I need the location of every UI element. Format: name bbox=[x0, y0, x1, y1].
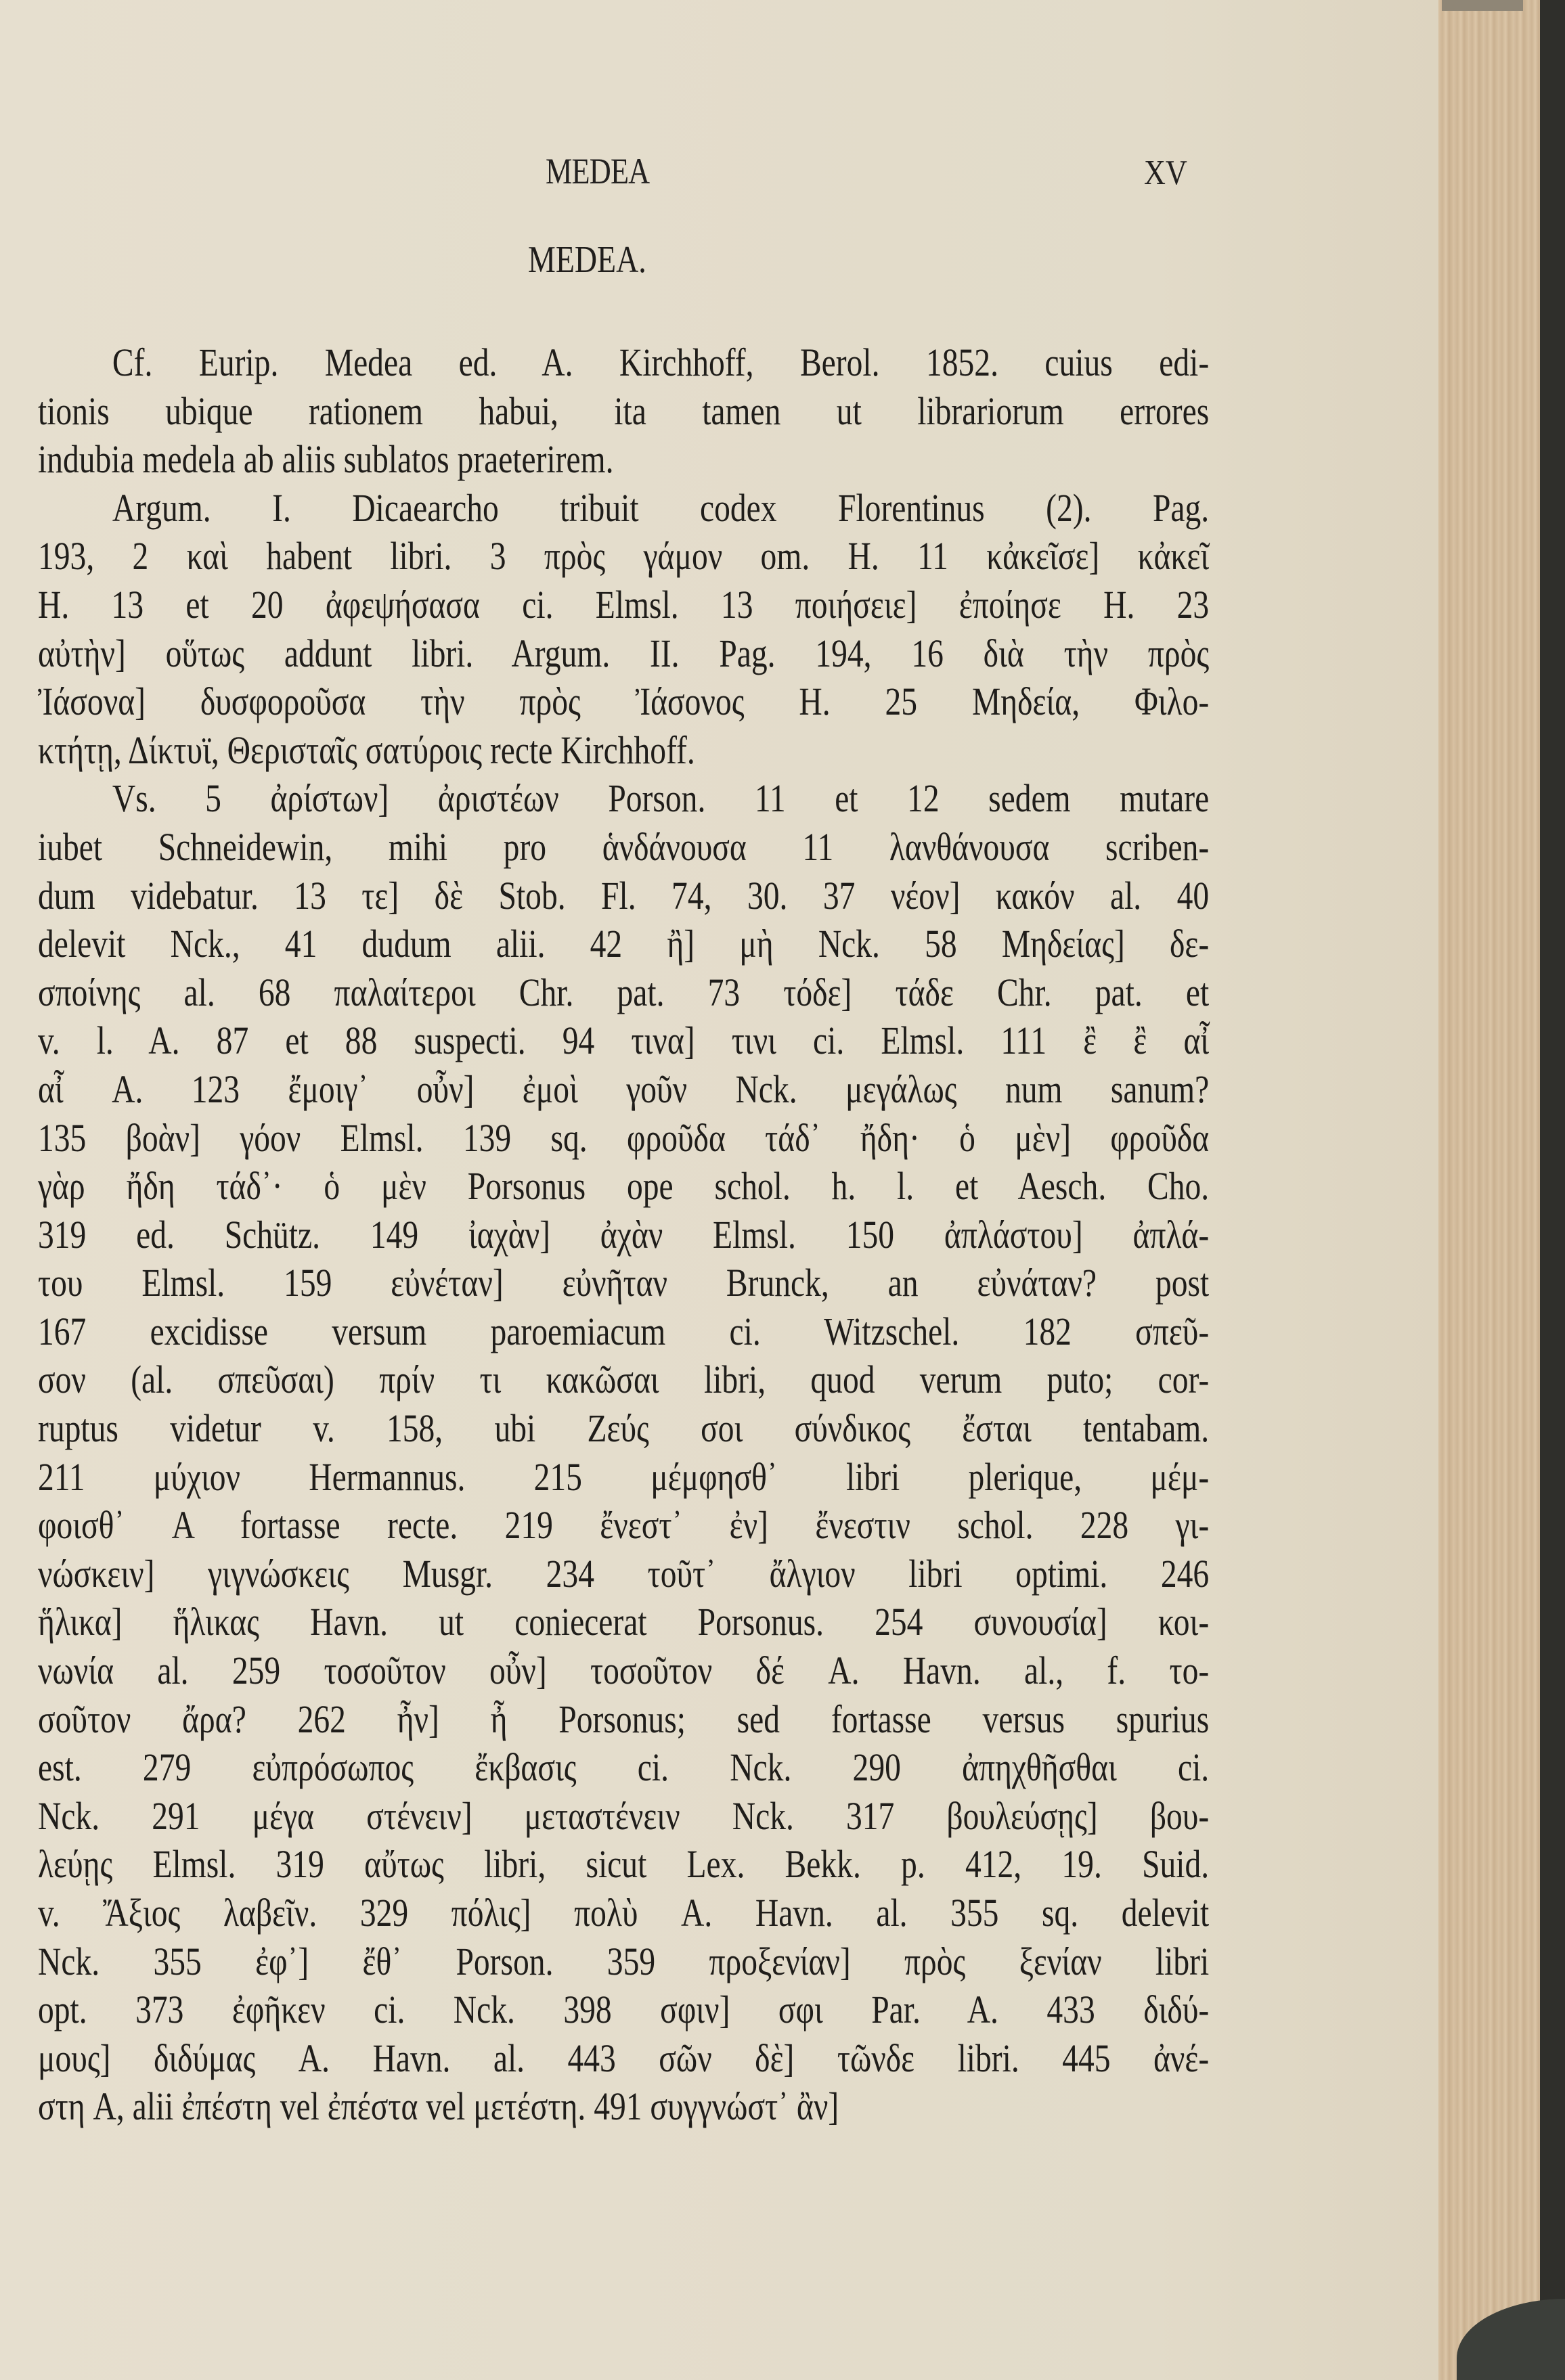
text-line: H. 13 et 20 ἀφεψήσασα ci. Elmsl. 13 ποιή… bbox=[38, 581, 1209, 629]
text-line: σοῦτον ἄρα? 262 ἦν] ἦ Porsonus; sed fort… bbox=[38, 1695, 1209, 1744]
text-line: Cf. Eurip. Medea ed. A. Kirchhoff, Berol… bbox=[38, 338, 1209, 387]
text-line: iubet Schneidewin, mihi pro ἁνδάνουσα 11… bbox=[38, 823, 1209, 872]
text-line: 135 βοὰν] γόον Elmsl. 139 sq. φροῦδα τάδ… bbox=[38, 1114, 1209, 1163]
text-line: γὰρ ἤδη τάδ᾽· ὁ μὲν Porsonus ope schol. … bbox=[38, 1162, 1209, 1211]
text-line: ruptus videtur v. 158, ubi Ζεύς σοι σύνδ… bbox=[38, 1404, 1209, 1453]
text-line: indubia medela ab aliis sublatos praeter… bbox=[38, 435, 1209, 484]
text-line: tionis ubique rationem habui, ita tamen … bbox=[38, 387, 1209, 436]
text-line: νώσκειν] γιγνώσκεις Musgr. 234 τοῦτ᾽ ἄλγ… bbox=[38, 1550, 1209, 1598]
text-line: στη A, alii ἐπέστη vel ἐπέστα vel μετέστ… bbox=[38, 2082, 1209, 2131]
text-line: σον (al. σπεῦσαι) πρίν τι κακῶσαι libri,… bbox=[38, 1355, 1209, 1404]
text-line: ἥλικα] ἥλικας Havn. ut coniecerat Porson… bbox=[38, 1598, 1209, 1646]
critical-apparatus: Cf. Eurip. Medea ed. A. Kirchhoff, Berol… bbox=[38, 338, 1209, 2131]
text-line: 167 excidisse versum paroemiacum ci. Wit… bbox=[38, 1307, 1209, 1356]
text-line: νωνία al. 259 τοσοῦτον οὖν] τοσοῦτον δέ … bbox=[38, 1646, 1209, 1695]
text-line: αὐτὴν] οὕτως addunt libri. Argum. II. Pa… bbox=[38, 629, 1209, 678]
text-line: est. 279 εὐπρόσωπος ἔκβασις ci. Nck. 290… bbox=[38, 1743, 1209, 1792]
text-line: Nck. 291 μέγα στένειν] μεταστένειν Nck. … bbox=[38, 1792, 1209, 1841]
text-line: μους] διδύμας A. Havn. al. 443 σῶν δὲ] τ… bbox=[38, 2034, 1209, 2083]
text-line: κτήτῃ, Δίκτυϊ, Θερισταῖς σατύροις recte … bbox=[38, 726, 1209, 775]
text-line: delevit Nck., 41 dudum alii. 42 ἢ] μὴ Nc… bbox=[38, 920, 1209, 968]
text-line: Argum. I. Dicaearcho tribuit codex Flore… bbox=[38, 484, 1209, 533]
text-line: αἶ A. 123 ἔμοιγ᾽ οὖν] ἐμοὶ γοῦν Nck. μεγ… bbox=[38, 1065, 1209, 1114]
text-line: 193, 2 καὶ habent libri. 3 πρὸς γάμον om… bbox=[38, 532, 1209, 581]
page-edge-shadow bbox=[1442, 0, 1523, 11]
text-line: v. Ἄξιος λαβεῖν. 329 πόλις] πολὺ A. Havn… bbox=[38, 1889, 1209, 1937]
text-line: λεύῃς Elmsl. 319 αὔτως libri, sicut Lex.… bbox=[38, 1840, 1209, 1889]
text-line: 319 ed. Schütz. 149 ἰαχὰν] ἀχὰν Elmsl. 1… bbox=[38, 1211, 1209, 1259]
text-line: Ἰάσονα] δυσφοροῦσα τὴν πρὸς Ἰάσονος H. 2… bbox=[38, 677, 1209, 726]
text-line: dum videbatur. 13 τε] δὲ Stob. Fl. 74, 3… bbox=[38, 872, 1209, 920]
running-head: MEDEA bbox=[546, 150, 649, 192]
text-line: v. l. A. 87 et 88 suspecti. 94 τινα] τιν… bbox=[38, 1016, 1209, 1065]
text-line: φοισθ᾽ A fortasse recte. 219 ἔνεστ᾽ ἐν] … bbox=[38, 1501, 1209, 1550]
text-line: του Elmsl. 159 εὐνέταν] εὐνῆταν Brunck, … bbox=[38, 1259, 1209, 1307]
text-line: Nck. 355 ἐφ᾽] ἔθ᾽ Porson. 359 προξενίαν]… bbox=[38, 1937, 1209, 1986]
page-block-edge bbox=[1438, 0, 1540, 2380]
text-line: Vs. 5 ἀρίστων] ἀριστέων Porson. 11 et 12… bbox=[38, 774, 1209, 823]
text-line: opt. 373 ἐφῆκεν ci. Nck. 398 σφιν] σφι P… bbox=[38, 1985, 1209, 2034]
section-title: MEDEA. bbox=[528, 238, 646, 282]
text-line: σποίνης al. 68 παλαίτεροι Chr. pat. 73 τ… bbox=[38, 968, 1209, 1017]
text-line: 211 μύχιον Hermannus. 215 μέμφησθ᾽ libri… bbox=[38, 1453, 1209, 1502]
page-number: XV bbox=[1144, 153, 1187, 193]
